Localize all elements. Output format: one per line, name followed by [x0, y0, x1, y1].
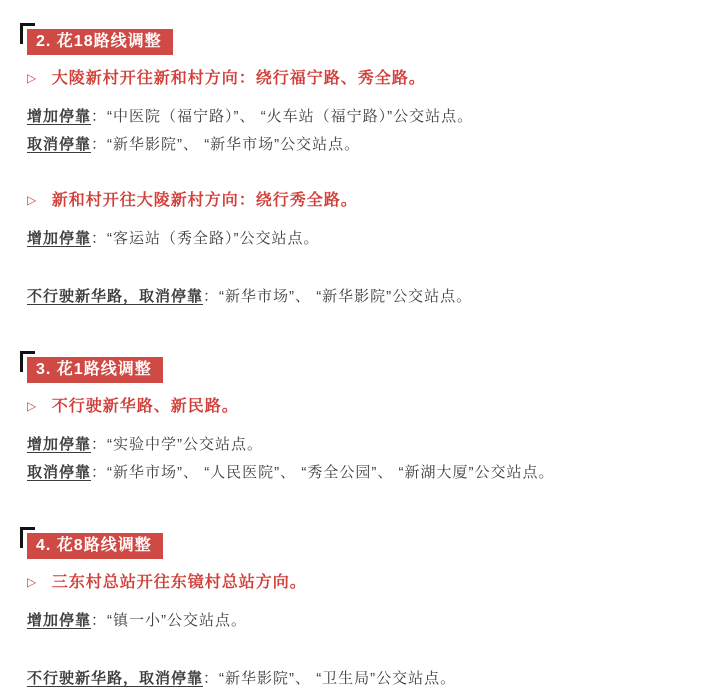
colon: ： — [203, 670, 219, 687]
stop-text: “新华市场”、 “人民医院”、 “秀全公园”、 “新湖大厦”公交站点。 — [107, 464, 554, 481]
direction-text: 大陵新村开往新和村方向：绕行福宁路、秀全路。 — [52, 70, 426, 87]
route-section-hua18: 2. 花18路线调整 ▷ 大陵新村开往新和村方向：绕行福宁路、秀全路。 增加停靠… — [27, 29, 700, 311]
direction-heading: ▷ 不行驶新华路、新民路。 — [27, 395, 700, 419]
stop-label: 取消停靠 — [27, 464, 91, 481]
direction-heading: ▷ 大陵新村开往新和村方向：绕行福宁路、秀全路。 — [27, 67, 700, 91]
stop-label: 增加停靠 — [27, 612, 91, 629]
section-badge: 4. 花8路线调整 — [27, 533, 163, 559]
stop-line-add: 增加停靠：“镇一小”公交站点。 — [27, 607, 700, 635]
article-body: 2. 花18路线调整 ▷ 大陵新村开往新和村方向：绕行福宁路、秀全路。 增加停靠… — [0, 0, 718, 693]
stop-line-no-service-cancel: 不行驶新华路，取消停靠：“新华影院”、 “卫生局”公交站点。 — [27, 665, 700, 693]
colon: ： — [91, 464, 107, 481]
stop-text: “新华影院”、 “卫生局”公交站点。 — [219, 670, 456, 687]
direction-heading: ▷ 三东村总站开往东镜村总站方向。 — [27, 571, 700, 595]
stop-text: “新华影院”、 “新华市场”公交站点。 — [107, 136, 360, 153]
triangle-arrow-icon: ▷ — [27, 193, 37, 207]
section-header: 3. 花1路线调整 — [27, 357, 700, 383]
stop-text: “镇一小”公交站点。 — [107, 612, 247, 629]
stop-line-cancel: 取消停靠：“新华市场”、 “人民医院”、 “秀全公园”、 “新湖大厦”公交站点。 — [27, 459, 700, 487]
direction-heading: ▷ 新和村开往大陵新村方向：绕行秀全路。 — [27, 189, 700, 213]
colon: ： — [91, 136, 107, 153]
section-badge: 2. 花18路线调整 — [27, 29, 173, 55]
direction-text: 新和村开往大陵新村方向：绕行秀全路。 — [52, 192, 358, 209]
stop-line-add: 增加停靠：“客运站（秀全路）”公交站点。 — [27, 225, 700, 253]
triangle-arrow-icon: ▷ — [27, 71, 37, 85]
direction-text: 三东村总站开往东镜村总站方向。 — [52, 574, 307, 591]
stop-label: 增加停靠 — [27, 230, 91, 247]
route-section-hua8: 4. 花8路线调整 ▷ 三东村总站开往东镜村总站方向。 增加停靠：“镇一小”公交… — [27, 533, 700, 693]
colon: ： — [91, 612, 107, 629]
stop-line-add: 增加停靠：“中医院（福宁路）”、 “火车站（福宁路）”公交站点。 — [27, 103, 700, 131]
stop-line-no-service-cancel: 不行驶新华路，取消停靠：“新华市场”、 “新华影院”公交站点。 — [27, 283, 700, 311]
colon: ： — [91, 436, 107, 453]
colon: ： — [203, 288, 219, 305]
stop-line-add: 增加停靠：“实验中学”公交站点。 — [27, 431, 700, 459]
stop-label: 不行驶新华路，取消停靠 — [27, 288, 203, 305]
stop-line-cancel: 取消停靠：“新华影院”、 “新华市场”公交站点。 — [27, 131, 700, 159]
section-header: 2. 花18路线调整 — [27, 29, 700, 55]
stop-text: “客运站（秀全路）”公交站点。 — [107, 230, 320, 247]
section-badge: 3. 花1路线调整 — [27, 357, 163, 383]
triangle-arrow-icon: ▷ — [27, 399, 37, 413]
section-header: 4. 花8路线调整 — [27, 533, 700, 559]
stop-text: “中医院（福宁路）”、 “火车站（福宁路）”公交站点。 — [107, 108, 473, 125]
colon: ： — [91, 108, 107, 125]
direction-text: 不行驶新华路、新民路。 — [52, 398, 239, 415]
stop-label: 取消停靠 — [27, 136, 91, 153]
stop-label: 不行驶新华路，取消停靠 — [27, 670, 203, 687]
stop-label: 增加停靠 — [27, 108, 91, 125]
stop-label: 增加停靠 — [27, 436, 91, 453]
stop-text: “实验中学”公交站点。 — [107, 436, 263, 453]
triangle-arrow-icon: ▷ — [27, 575, 37, 589]
colon: ： — [91, 230, 107, 247]
stop-text: “新华市场”、 “新华影院”公交站点。 — [219, 288, 472, 305]
route-section-hua1: 3. 花1路线调整 ▷ 不行驶新华路、新民路。 增加停靠：“实验中学”公交站点。… — [27, 357, 700, 487]
